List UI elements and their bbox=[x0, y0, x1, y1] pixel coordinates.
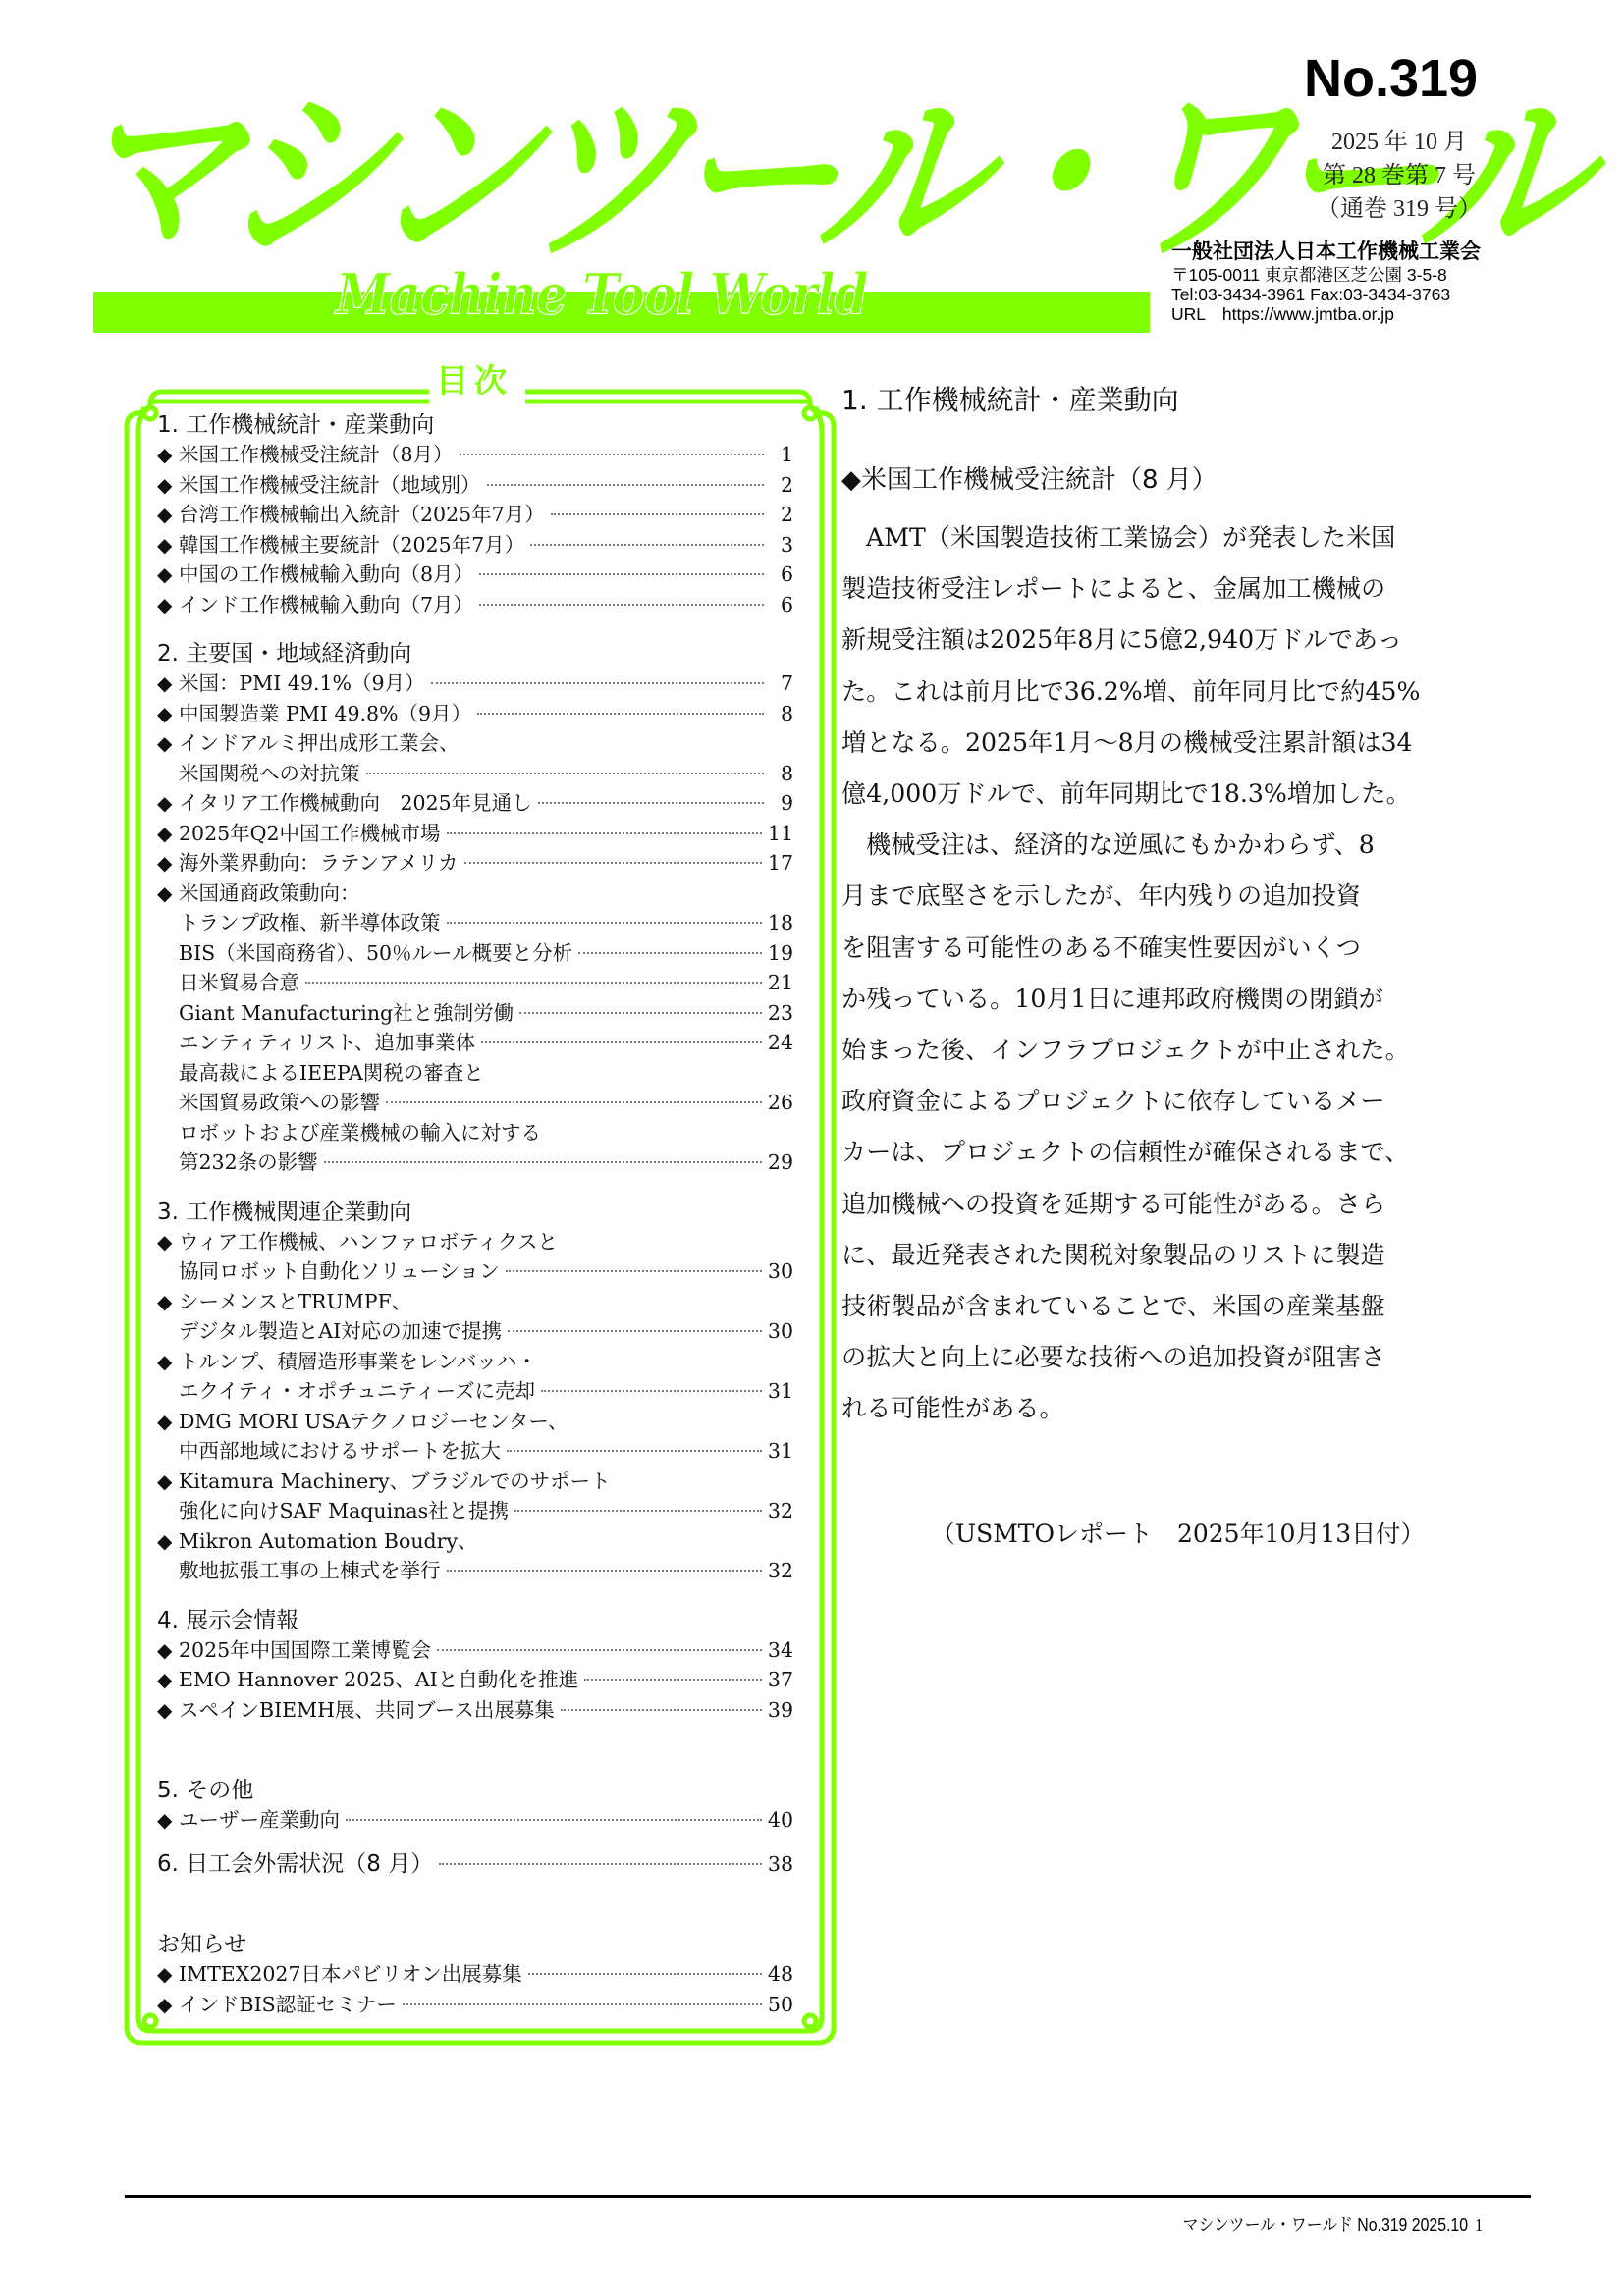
article-body: AMT（米国製造技術工業協会）が発表した米国 製造技術受注レポートによると、金属… bbox=[841, 512, 1489, 1435]
toc-item[interactable]: ◆2025年Q2中国工作機械市場11 bbox=[157, 819, 793, 849]
dot-leader bbox=[578, 952, 762, 954]
dot-leader bbox=[439, 1863, 762, 1865]
toc-item[interactable]: ◆スペインBIEMH展、共同ブース出展募集39 bbox=[157, 1695, 793, 1726]
diamond-bullet-icon: ◆ bbox=[157, 1635, 179, 1666]
dot-leader bbox=[479, 573, 764, 575]
page-number: 6 bbox=[770, 590, 793, 620]
diamond-bullet-icon: ◆ bbox=[157, 560, 179, 590]
article-line: 新規受注額は2025年8月に5億2,940万ドルであっ bbox=[841, 614, 1489, 666]
toc-item[interactable]: ◆シーメンスとTRUMPF、 bbox=[157, 1287, 793, 1317]
page-number: 40 bbox=[768, 1805, 793, 1836]
issue-volume: 第 28 巻第 7 号 bbox=[1306, 159, 1492, 192]
dot-leader bbox=[507, 1450, 762, 1452]
dot-leader bbox=[487, 484, 765, 486]
diamond-bullet-icon: ◆ bbox=[157, 668, 179, 699]
issue-meta: 2025 年 10 月 第 28 巻第 7 号 （通巻 319 号） bbox=[1306, 126, 1492, 226]
diamond-bullet-icon: ◆ bbox=[157, 848, 179, 879]
toc-item[interactable]: ◆インドアルミ押出成形工業会、 bbox=[157, 728, 793, 759]
toc-item[interactable]: ◆BIS（米国商務省）、50％ルール概要と分析19 bbox=[157, 938, 793, 969]
dot-leader bbox=[477, 713, 764, 715]
page-number: 7 bbox=[770, 668, 793, 699]
toc-item[interactable]: ◆強化に向けSAF Maquinas社と提携32 bbox=[157, 1496, 793, 1526]
diamond-bullet-icon: ◆ bbox=[157, 1805, 179, 1836]
article-line: 億4,000万ドルで、前年同期比で18.3%増加した。 bbox=[841, 769, 1489, 820]
diamond-bullet-icon: ◆ bbox=[157, 728, 179, 759]
page-number: 9 bbox=[770, 788, 793, 819]
diamond-bullet-icon: ◆ bbox=[157, 699, 179, 729]
toc-item[interactable]: ◆インドBIS認証セミナー50 bbox=[157, 1990, 793, 2020]
page-number: 37 bbox=[768, 1665, 793, 1695]
page-number: 26 bbox=[768, 1088, 793, 1118]
article-section-heading: 1. 工作機械統計・産業動向 bbox=[841, 383, 1179, 418]
toc-item[interactable]: ◆インド工作機械輸入動向（7月）6 bbox=[157, 590, 793, 620]
page-number: 18 bbox=[768, 908, 793, 938]
article-line: に、最近発表された関税対象製品のリストに製造 bbox=[841, 1230, 1489, 1281]
dot-leader bbox=[447, 922, 762, 924]
toc-item[interactable]: ◆トルンプ、積層造形事業をレンバッハ・ bbox=[157, 1347, 793, 1377]
page-number: 23 bbox=[768, 998, 793, 1029]
toc-item[interactable]: ◆イタリア工作機械動向 2025年見通し9 bbox=[157, 788, 793, 819]
page-number: 11 bbox=[768, 819, 793, 849]
page-number: 6 bbox=[770, 560, 793, 590]
dot-leader bbox=[479, 604, 764, 606]
diamond-bullet-icon: ◆ bbox=[157, 1467, 179, 1497]
toc-item[interactable]: ◆エクイティ・オポチュニティーズに売却31 bbox=[157, 1376, 793, 1407]
page-number: 50 bbox=[768, 1990, 793, 2020]
table-of-contents: 1. 工作機械統計・産業動向 ◆米国工作機械受注統計（8月）1 ◆米国工作機械受… bbox=[157, 410, 793, 2019]
dot-leader bbox=[346, 1819, 762, 1821]
toc-item[interactable]: ◆韓国工作機械主要統計（2025年7月）3 bbox=[157, 530, 793, 561]
toc-item[interactable]: ◆中国製造業 PMI 49.8%（9月）8 bbox=[157, 699, 793, 729]
article-line: 政府資金によるプロジェクトに依存しているメー bbox=[841, 1076, 1489, 1127]
toc-item[interactable]: ◆米国：PMI 49.1%（9月）7 bbox=[157, 668, 793, 699]
dot-leader bbox=[528, 1973, 762, 1975]
toc-item[interactable]: ◆中国の工作機械輸入動向（8月）6 bbox=[157, 560, 793, 590]
toc-item[interactable]: ◆米国貿易政策への影響26 bbox=[157, 1088, 793, 1118]
article-line: た。これは前月比で36.2%増、前年同月比で約45% bbox=[841, 667, 1489, 718]
dot-leader bbox=[506, 1270, 762, 1272]
page-number: 34 bbox=[768, 1635, 793, 1666]
article-line: カーは、プロジェクトの信頼性が確保されるまで、 bbox=[841, 1127, 1489, 1178]
dot-leader bbox=[447, 832, 762, 834]
diamond-bullet-icon: ◆ bbox=[157, 440, 179, 470]
article-line: れる可能性がある。 bbox=[841, 1383, 1489, 1434]
page-number: 8 bbox=[770, 699, 793, 729]
toc-item[interactable]: ◆第232条の影響29 bbox=[157, 1148, 793, 1178]
diamond-bullet-icon: ◆ bbox=[157, 1526, 179, 1557]
dot-leader bbox=[551, 513, 764, 515]
article-line: 増となる。2025年1月～8月の機械受注累計額は34 bbox=[841, 718, 1489, 769]
page-number: 31 bbox=[768, 1436, 793, 1467]
toc-section-heading[interactable]: お知らせ bbox=[157, 1930, 793, 1959]
toc-item[interactable]: ◆最高裁によるIEEPA関税の審査と bbox=[157, 1058, 793, 1089]
toc-item[interactable]: ◆敷地拡張工事の上棟式を挙行32 bbox=[157, 1556, 793, 1586]
toc-item[interactable]: ◆EMO Hannover 2025、AIと自動化を推進37 bbox=[157, 1665, 793, 1695]
toc-item[interactable]: ◆米国工作機械受注統計（8月）1 bbox=[157, 440, 793, 470]
toc-section-heading[interactable]: 1. 工作機械統計・産業動向 bbox=[157, 410, 793, 440]
toc-item[interactable]: ◆協同ロボット自動化ソリューション30 bbox=[157, 1256, 793, 1287]
page-number: 2 bbox=[770, 500, 793, 530]
dot-leader bbox=[366, 773, 765, 774]
publisher-block: 一般社団法人日本工作機械工業会 〒105-0011 東京都港区芝公園 3-5-8… bbox=[1171, 240, 1495, 324]
diamond-bullet-icon: ◆ bbox=[157, 879, 179, 909]
toc-item[interactable]: ◆トランプ政権、新半導体政策18 bbox=[157, 908, 793, 938]
page-number: 32 bbox=[768, 1556, 793, 1586]
page-number: 30 bbox=[768, 1256, 793, 1287]
article-line: 追加機械への投資を延期する可能性がある。さら bbox=[841, 1179, 1489, 1230]
diamond-bullet-icon: ◆ bbox=[157, 1990, 179, 2020]
toc-item[interactable]: ◆台湾工作機械輸出入統計（2025年7月）2 bbox=[157, 500, 793, 530]
diamond-bullet-icon: ◆ bbox=[157, 788, 179, 819]
dot-leader bbox=[447, 1570, 762, 1572]
toc-section-heading[interactable]: 3. 工作機械関連企業動向 bbox=[157, 1198, 793, 1227]
page-number: 2 bbox=[770, 470, 793, 501]
dot-leader bbox=[541, 1390, 762, 1392]
issue-number: No.319 bbox=[1304, 49, 1478, 108]
page-number: 29 bbox=[768, 1148, 793, 1178]
article-line: を阻害する可能性のある不確実性要因がいくつ bbox=[841, 923, 1489, 974]
diamond-bullet-icon: ◆ bbox=[157, 1287, 179, 1317]
dot-leader bbox=[324, 1161, 762, 1163]
page-number: 19 bbox=[768, 938, 793, 969]
dot-leader bbox=[464, 862, 762, 864]
article-line: 技術製品が含まれていることで、米国の産業基盤 bbox=[841, 1281, 1489, 1332]
diamond-bullet-icon: ◆ bbox=[157, 500, 179, 530]
dot-leader bbox=[538, 802, 764, 804]
toc-item[interactable]: ◆米国関税への対抗策8 bbox=[157, 759, 793, 789]
publisher-name: 一般社団法人日本工作機械工業会 bbox=[1171, 240, 1495, 265]
diamond-bullet-icon: ◆ bbox=[157, 1347, 179, 1377]
page-number: 17 bbox=[768, 848, 793, 879]
dot-leader bbox=[403, 2003, 762, 2005]
toc-item[interactable]: ◆ウィア工作機械、ハンファロボティクスと bbox=[157, 1227, 793, 1257]
diamond-bullet-icon: ◆ bbox=[157, 470, 179, 501]
toc-section-heading[interactable]: 5. その他 bbox=[157, 1776, 793, 1805]
toc-section-heading[interactable]: 6. 日工会外需状況（8 月）38 bbox=[157, 1849, 793, 1880]
diamond-bullet-icon: ◆ bbox=[157, 1695, 179, 1726]
page-number: 21 bbox=[768, 968, 793, 998]
page-number: 24 bbox=[768, 1028, 793, 1058]
footer: マシンツール・ワールド No.319 2025.101 bbox=[1128, 2215, 1483, 2236]
toc-item[interactable]: ◆Kitamura Machinery、ブラジルでのサポート bbox=[157, 1467, 793, 1497]
diamond-bullet-icon: ◆ bbox=[157, 1665, 179, 1695]
dot-leader bbox=[431, 682, 764, 684]
toc-item[interactable]: ◆日米貿易合意21 bbox=[157, 968, 793, 998]
page-number: 48 bbox=[768, 1959, 793, 1990]
toc-item[interactable]: ◆米国通商政策動向： bbox=[157, 879, 793, 909]
dot-leader bbox=[437, 1649, 762, 1651]
masthead-title-en: Machine Tool World bbox=[336, 257, 630, 332]
toc-item[interactable]: ◆米国工作機械受注統計（地域別）2 bbox=[157, 470, 793, 501]
diamond-bullet-icon: ◆ bbox=[157, 530, 179, 561]
page-number: 38 bbox=[768, 1849, 793, 1880]
diamond-bullet-icon: ◆ bbox=[157, 1407, 179, 1437]
issue-date: 2025 年 10 月 bbox=[1306, 126, 1492, 159]
toc-item[interactable]: ◆IMTEX2027日本パビリオン出展募集48 bbox=[157, 1959, 793, 1990]
diamond-bullet-icon: ◆ bbox=[157, 819, 179, 849]
dot-leader bbox=[519, 1012, 762, 1014]
toc-item[interactable]: ◆エンティティリスト、追加事業体24 bbox=[157, 1028, 793, 1058]
toc-item[interactable]: ◆Mikron Automation Boudry、 bbox=[157, 1526, 793, 1557]
publisher-url[interactable]: URL https://www.jmtba.or.jp bbox=[1171, 304, 1495, 324]
publisher-phone-fax: Tel:03-3434-3961 Fax:03-3434-3763 bbox=[1171, 285, 1495, 304]
toc-title: 目次 bbox=[430, 361, 518, 400]
article-line: 始まった後、インフラプロジェクトが中止された。 bbox=[841, 1025, 1489, 1076]
page-number: 30 bbox=[768, 1316, 793, 1347]
toc-item[interactable]: ◆Giant Manufacturing社と強制労働23 bbox=[157, 998, 793, 1029]
footer-rule bbox=[125, 2195, 1531, 2198]
dot-leader bbox=[386, 1101, 762, 1103]
page-number: 8 bbox=[770, 759, 793, 789]
dot-leader bbox=[460, 454, 764, 455]
toc-item[interactable]: ◆2025年中国国際工業博覧会34 bbox=[157, 1635, 793, 1666]
toc-item[interactable]: ◆デジタル製造とAI対応の加速で提携30 bbox=[157, 1316, 793, 1347]
footer-title: マシンツール・ワールド No.319 2025.10 bbox=[1183, 2216, 1468, 2235]
issue-serial: （通巻 319 号） bbox=[1306, 192, 1492, 226]
diamond-bullet-icon: ◆ bbox=[157, 1959, 179, 1990]
page-number: 1 bbox=[770, 440, 793, 470]
toc-section-heading[interactable]: 4. 展示会情報 bbox=[157, 1606, 793, 1635]
dot-leader bbox=[530, 544, 764, 546]
article-line: 製造技術受注レポートによると、金属加工機械の bbox=[841, 563, 1489, 614]
article-line: 月まで底堅さを示したが、年内残りの追加投資 bbox=[841, 871, 1489, 922]
toc-item[interactable]: ◆ロボットおよび産業機械の輸入に対する bbox=[157, 1118, 793, 1148]
toc-item[interactable]: ◆中西部地域におけるサポートを拡大31 bbox=[157, 1436, 793, 1467]
dot-leader bbox=[514, 1510, 762, 1512]
footer-page-number: 1 bbox=[1475, 2216, 1483, 2235]
dot-leader bbox=[481, 1041, 762, 1043]
page-number: 31 bbox=[768, 1376, 793, 1407]
toc-item[interactable]: ◆ユーザー産業動向40 bbox=[157, 1805, 793, 1836]
article-line: か残っている。10月1日に連邦政府機関の閉鎖が bbox=[841, 974, 1489, 1025]
toc-item[interactable]: ◆DMG MORI USAテクノロジーセンター、 bbox=[157, 1407, 793, 1437]
page-number: 39 bbox=[768, 1695, 793, 1726]
diamond-bullet-icon: ◆ bbox=[157, 1227, 179, 1257]
article-heading: ◆米国工作機械受注統計（8 月） bbox=[841, 463, 1218, 497]
toc-section-heading[interactable]: 2. 主要国・地域経済動向 bbox=[157, 639, 793, 668]
article-line: 機械受注は、経済的な逆風にもかかわらず、8 bbox=[841, 820, 1489, 871]
toc-item[interactable]: ◆海外業界動向：ラテンアメリカ17 bbox=[157, 848, 793, 879]
diamond-bullet-icon: ◆ bbox=[157, 590, 179, 620]
publisher-address: 〒105-0011 東京都港区芝公園 3-5-8 bbox=[1171, 265, 1495, 285]
article-source: （USMTOレポート 2025年10月13日付） bbox=[931, 1517, 1425, 1552]
dot-leader bbox=[508, 1330, 762, 1332]
article-line: AMT（米国製造技術工業協会）が発表した米国 bbox=[841, 512, 1489, 563]
page-number: 3 bbox=[770, 530, 793, 561]
dot-leader bbox=[305, 982, 762, 984]
dot-leader bbox=[584, 1679, 762, 1681]
article-line: の拡大と向上に必要な技術への追加投資が阻害さ bbox=[841, 1332, 1489, 1383]
page-number: 32 bbox=[768, 1496, 793, 1526]
dot-leader bbox=[561, 1709, 762, 1711]
